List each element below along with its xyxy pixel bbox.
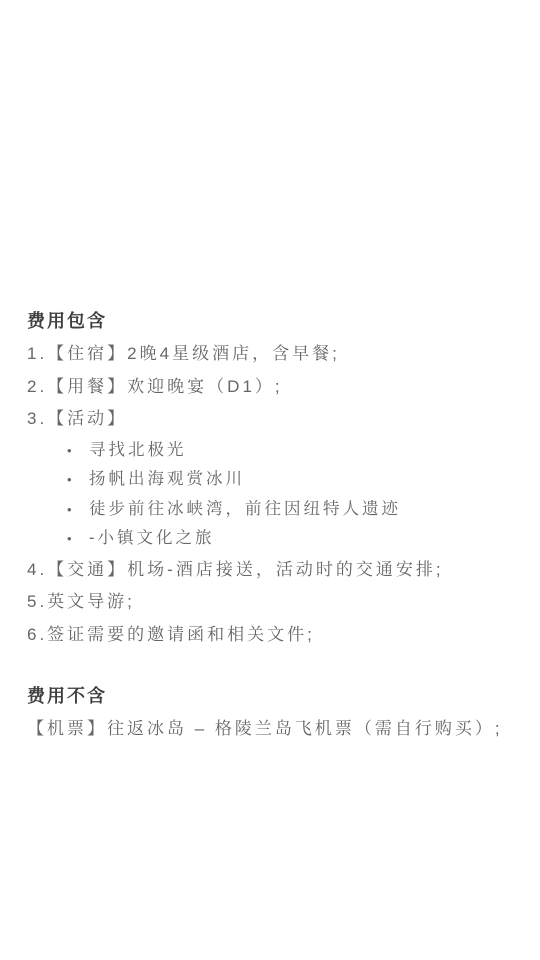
included-item-accommodation: 1.【住宿】2晚4星级酒店，含早餐; bbox=[27, 338, 514, 371]
activity-label: 寻找北极光 bbox=[89, 436, 187, 466]
excluded-item-flight: 【机票】往返冰岛 – 格陵兰岛飞机票（需自行购买）; bbox=[27, 713, 514, 746]
activity-item: • 寻找北极光 bbox=[67, 436, 514, 466]
activity-label: 扬帆出海观赏冰川 bbox=[89, 465, 245, 495]
included-item-activities: 3.【活动】 bbox=[27, 403, 514, 436]
activities-list: • 寻找北极光 • 扬帆出海观赏冰川 • 徒步前往冰峡湾，前往因纽特人遗迹 • … bbox=[27, 436, 514, 554]
bullet-icon: • bbox=[67, 495, 89, 525]
activity-item: • 徒步前往冰峡湾，前往因纽特人遗迹 bbox=[67, 495, 514, 525]
fees-excluded-heading: 费用不含 bbox=[27, 679, 514, 713]
included-item-visa-docs: 6.签证需要的邀请函和相关文件; bbox=[27, 619, 514, 652]
activity-label: -小镇文化之旅 bbox=[89, 524, 215, 554]
bullet-icon: • bbox=[67, 524, 89, 554]
bullet-icon: • bbox=[67, 436, 89, 466]
fees-excluded-section: 费用不含 【机票】往返冰岛 – 格陵兰岛飞机票（需自行购买）; bbox=[27, 679, 514, 746]
activity-item: • -小镇文化之旅 bbox=[67, 524, 514, 554]
activity-item: • 扬帆出海观赏冰川 bbox=[67, 465, 514, 495]
included-item-transport: 4.【交通】机场-酒店接送，活动时的交通安排; bbox=[27, 554, 514, 587]
fees-included-heading: 费用包含 bbox=[27, 304, 514, 338]
included-item-meals: 2.【用餐】欢迎晚宴（D1）; bbox=[27, 371, 514, 404]
fees-page: 费用包含 1.【住宿】2晚4星级酒店，含早餐; 2.【用餐】欢迎晚宴（D1）; … bbox=[0, 0, 540, 960]
fees-included-section: 费用包含 1.【住宿】2晚4星级酒店，含早餐; 2.【用餐】欢迎晚宴（D1）; … bbox=[27, 304, 514, 651]
included-item-guide: 5.英文导游; bbox=[27, 586, 514, 619]
activity-label: 徒步前往冰峡湾，前往因纽特人遗迹 bbox=[89, 495, 401, 525]
bullet-icon: • bbox=[67, 465, 89, 495]
